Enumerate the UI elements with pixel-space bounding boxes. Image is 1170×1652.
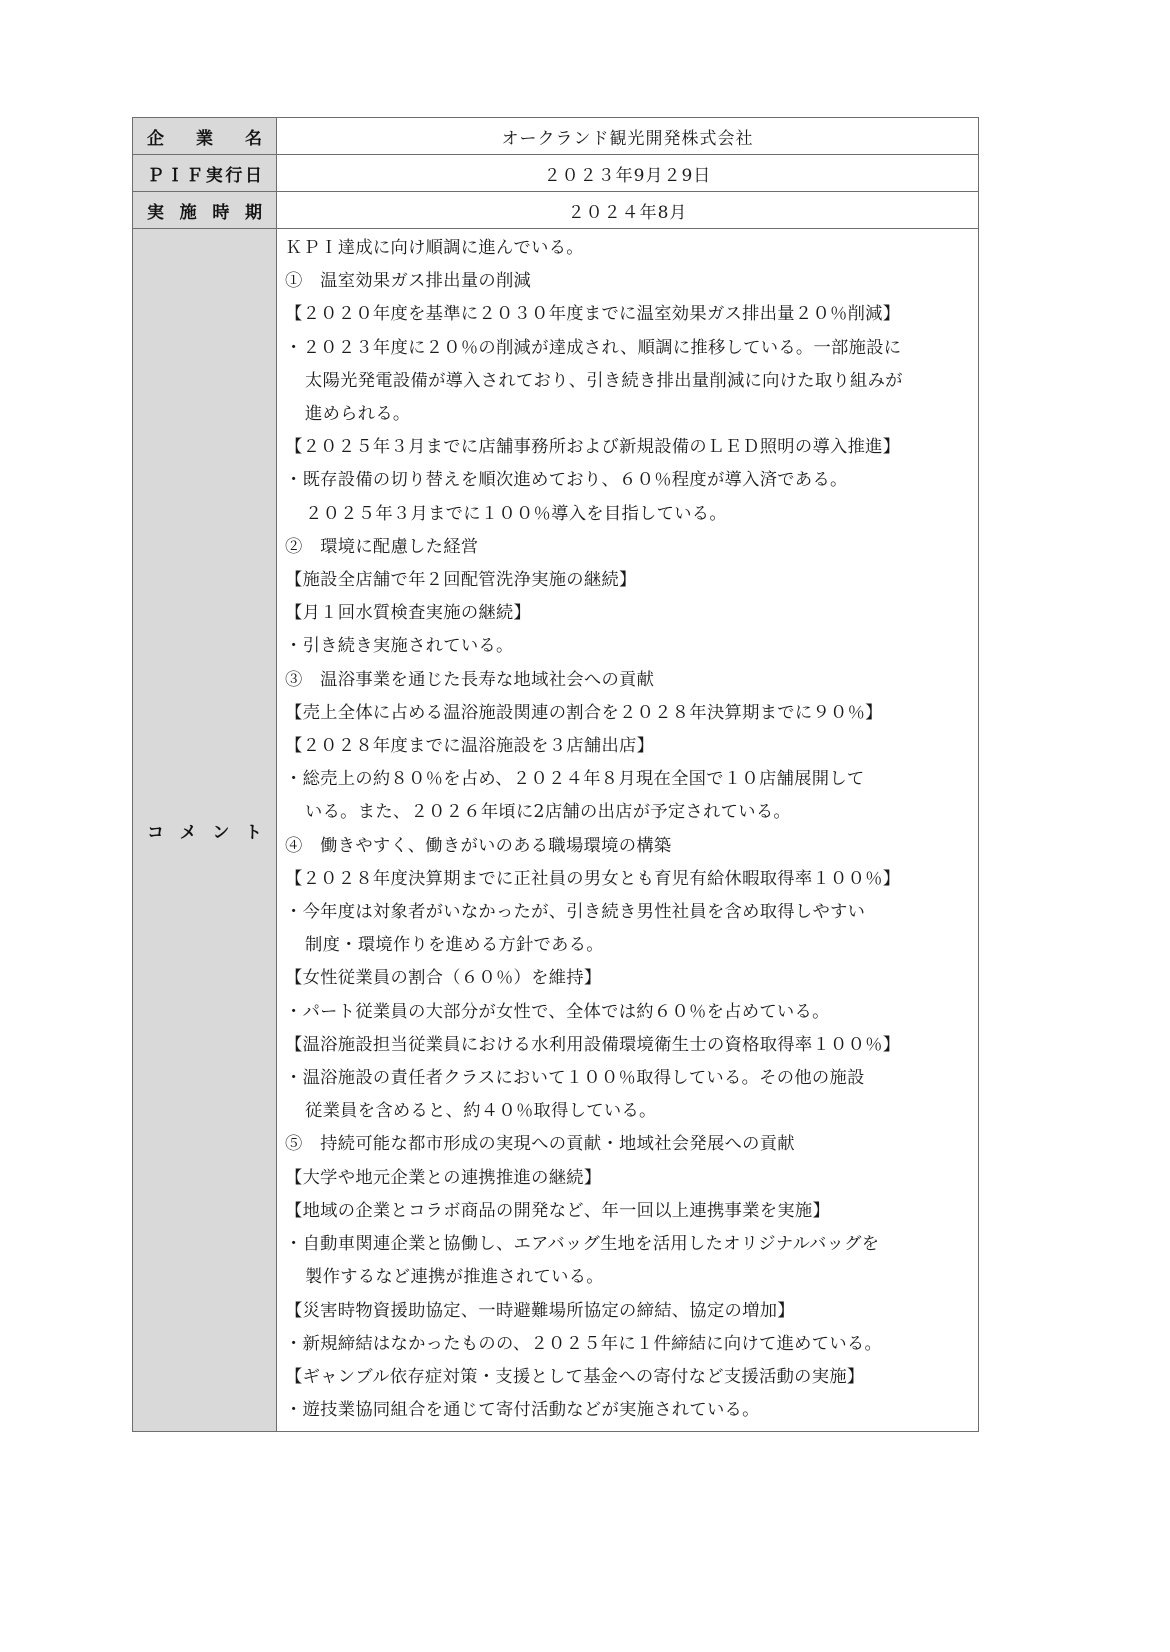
- comment-line-heading: ⑤ 持続可能な都市形成の実現への貢献・地域社会発展への貢献: [285, 1128, 972, 1161]
- period-row: 実施時期 ２０２４年8月: [133, 192, 979, 229]
- comment-line-target: 【２０２８年度決算期までに正社員の男女とも育児有給休暇取得率１００％】: [285, 863, 972, 896]
- comment-body: ＫＰＩ達成に向け順調に進んでいる。 ① 温室効果ガス排出量の削減【２０２０年度を…: [277, 229, 979, 1432]
- comment-line-bullet: ・温浴施設の責任者クラスにおいて１００％取得している。その他の施設: [285, 1062, 972, 1095]
- comment-line-bullet: ・２０２３年度に２０％の削減が達成され、順調に推移している。一部施設に: [285, 332, 972, 365]
- comment-line-target: 【売上全体に占める温浴施設関連の割合を２０２８年決算期までに９０％】: [285, 697, 972, 730]
- comment-line-bullet: ・既存設備の切り替えを順次進めており、６０％程度が導入済である。: [285, 464, 972, 497]
- pif-report-table: 企 業 名 オークランド観光開発株式会社 ＰＩＦ実行日 ２０２３年9月２9日 実…: [132, 117, 979, 1432]
- company-row: 企 業 名 オークランド観光開発株式会社: [133, 118, 979, 155]
- comment-line-target: 【温浴施設担当従業員における水利用設備環境衛生士の資格取得率１００％】: [285, 1029, 972, 1062]
- comment-line-bullet: ・自動車関連企業と協働し、エアバッグ生地を活用したオリジナルバッグを: [285, 1228, 972, 1261]
- comment-line-target: 【ギャンブル依存症対策・支援として基金への寄付など支援活動の実施】: [285, 1361, 972, 1394]
- comment-label: コメント: [133, 229, 277, 1432]
- comment-line-target: 【大学や地元企業との連携推進の継続】: [285, 1162, 972, 1195]
- comment-line-target: 【２０２８年度までに温浴施設を３店舗出店】: [285, 730, 972, 763]
- comment-lines: ① 温室効果ガス排出量の削減【２０２０年度を基準に２０３０年度までに温室効果ガス…: [285, 265, 972, 1427]
- comment-line-heading: ④ 働きやすく、働きがいのある職場環境の構築: [285, 830, 972, 863]
- comment-summary: ＫＰＩ達成に向け順調に進んでいる。: [285, 232, 972, 265]
- comment-line-bullet: ・パート従業員の大部分が女性で、全体では約６０％を占めている。: [285, 996, 972, 1029]
- company-name: オークランド観光開発株式会社: [277, 118, 979, 155]
- comment-line-target: 【施設全店舗で年２回配管洗浄実施の継続】: [285, 564, 972, 597]
- period-label: 実施時期: [133, 192, 277, 229]
- comment-line-cont: 進められる。: [285, 398, 972, 431]
- comment-line-cont: 製作するなど連携が推進されている。: [285, 1261, 972, 1294]
- comment-line-cont: いる。また、２０２６年頃に2店舗の出店が予定されている。: [285, 796, 972, 829]
- comment-line-heading: ② 環境に配慮した経営: [285, 531, 972, 564]
- comment-line-target: 【女性従業員の割合（６０％）を維持】: [285, 962, 972, 995]
- comment-line-target: 【月１回水質検査実施の継続】: [285, 597, 972, 630]
- comment-line-heading: ① 温室効果ガス排出量の削減: [285, 265, 972, 298]
- comment-line-cont: 従業員を含めると、約４０％取得している。: [285, 1095, 972, 1128]
- comment-line-cont: ２０２５年３月までに１００％導入を目指している。: [285, 498, 972, 531]
- comment-line-bullet: ・今年度は対象者がいなかったが、引き続き男性社員を含め取得しやすい: [285, 896, 972, 929]
- company-label: 企 業 名: [133, 118, 277, 155]
- comment-line-target: 【２０２５年３月までに店舗事務所および新規設備のＬＥＤ照明の導入推進】: [285, 431, 972, 464]
- comment-line-cont: 制度・環境作りを進める方針である。: [285, 929, 972, 962]
- pif-date-label: ＰＩＦ実行日: [133, 155, 277, 192]
- pif-date-row: ＰＩＦ実行日 ２０２３年9月２9日: [133, 155, 979, 192]
- comment-line-cont: 太陽光発電設備が導入されており、引き続き排出量削減に向けた取り組みが: [285, 365, 972, 398]
- comment-line-target: 【地域の企業とコラボ商品の開発など、年一回以上連携事業を実施】: [285, 1195, 972, 1228]
- pif-date-value: ２０２３年9月２9日: [277, 155, 979, 192]
- comment-line-bullet: ・遊技業協同組合を通じて寄付活動などが実施されている。: [285, 1394, 972, 1427]
- comment-line-target: 【２０２０年度を基準に２０３０年度までに温室効果ガス排出量２０％削減】: [285, 298, 972, 331]
- comment-line-bullet: ・引き続き実施されている。: [285, 630, 972, 663]
- comment-line-bullet: ・総売上の約８０％を占め、２０２４年８月現在全国で１０店舗展開して: [285, 763, 972, 796]
- comment-line-target: 【災害時物資援助協定、一時避難場所協定の締結、協定の増加】: [285, 1295, 972, 1328]
- comment-line-bullet: ・新規締結はなかったものの、２０２５年に１件締結に向けて進めている。: [285, 1328, 972, 1361]
- period-value: ２０２４年8月: [277, 192, 979, 229]
- comment-row: コメント ＫＰＩ達成に向け順調に進んでいる。 ① 温室効果ガス排出量の削減【２０…: [133, 229, 979, 1432]
- comment-line-heading: ③ 温浴事業を通じた長寿な地域社会への貢献: [285, 664, 972, 697]
